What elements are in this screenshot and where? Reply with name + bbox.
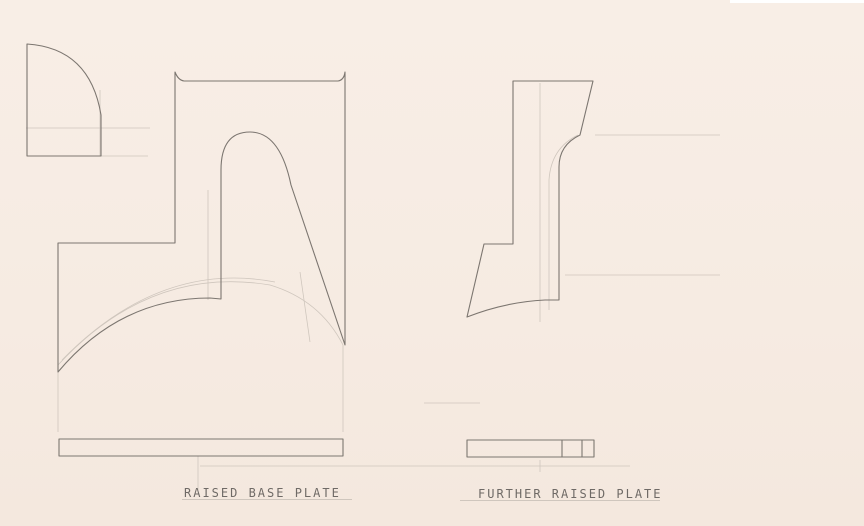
paper-sheet: RAISED BASE PLATE FURTHER RAISED PLATE bbox=[0, 0, 864, 526]
technical-drawing bbox=[0, 0, 864, 526]
further-raised-plate-label: FURTHER RAISED PLATE bbox=[478, 487, 663, 501]
construction-lines bbox=[26, 83, 720, 490]
raised-base-plate-label: RAISED BASE PLATE bbox=[184, 486, 341, 500]
quarter-round-profile bbox=[27, 44, 101, 156]
further-raised-plate-elevation bbox=[467, 440, 594, 457]
raised-base-plate-elevation bbox=[59, 439, 343, 456]
further-raised-plate-outline bbox=[467, 81, 593, 317]
